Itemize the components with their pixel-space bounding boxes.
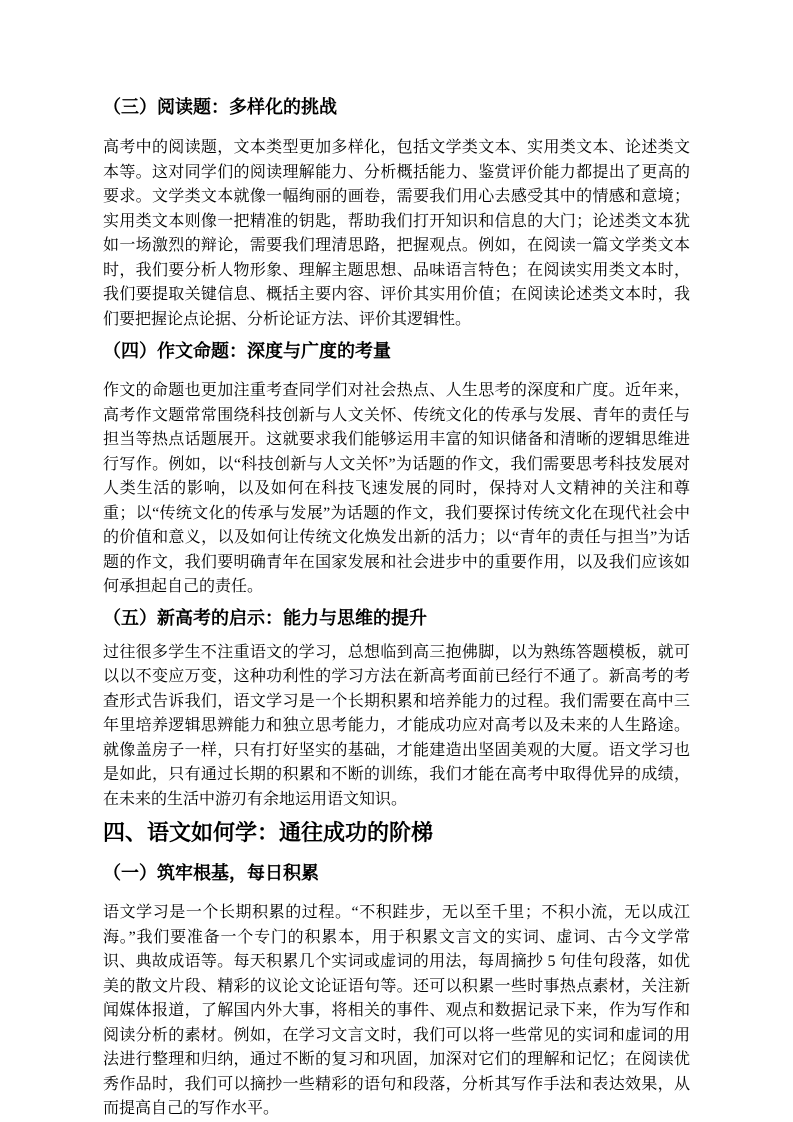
document-page: （三）阅读题：多样化的挑战 高考中的阅读题，文本类型更加多样化，包括文学类文本、… [0, 0, 793, 1122]
section-heading-essay-topics: （四）作文命题：深度与广度的考量 [103, 338, 690, 364]
section-heading-reading-questions: （三）阅读题：多样化的挑战 [103, 94, 690, 120]
paragraph-reading-questions: 高考中的阅读题，文本类型更加多样化，包括文学类文本、实用类文本、论述类文本等。这… [103, 136, 690, 332]
section-heading-new-gaokao-lesson: （五）新高考的启示：能力与思维的提升 [103, 605, 690, 631]
paragraph-essay-topics: 作文的命题也更加注重考查同学们对社会热点、人生思考的深度和广度。近年来，高考作文… [103, 379, 690, 600]
chapter-heading-how-to-learn: 四、语文如何学：通往成功的阶梯 [103, 818, 690, 848]
paragraph-new-gaokao-lesson: 过往很多学生不注重语文的学习，总想临到高三抱佛脚，以为熟练答题模板，就可以以不变… [103, 641, 690, 813]
paragraph-build-foundation: 语文学习是一个长期积累的过程。“不积跬步，无以至千里；不积小流，无以成江海。”我… [103, 901, 690, 1122]
section-heading-build-foundation: （一）筑牢根基，每日积累 [103, 860, 690, 886]
